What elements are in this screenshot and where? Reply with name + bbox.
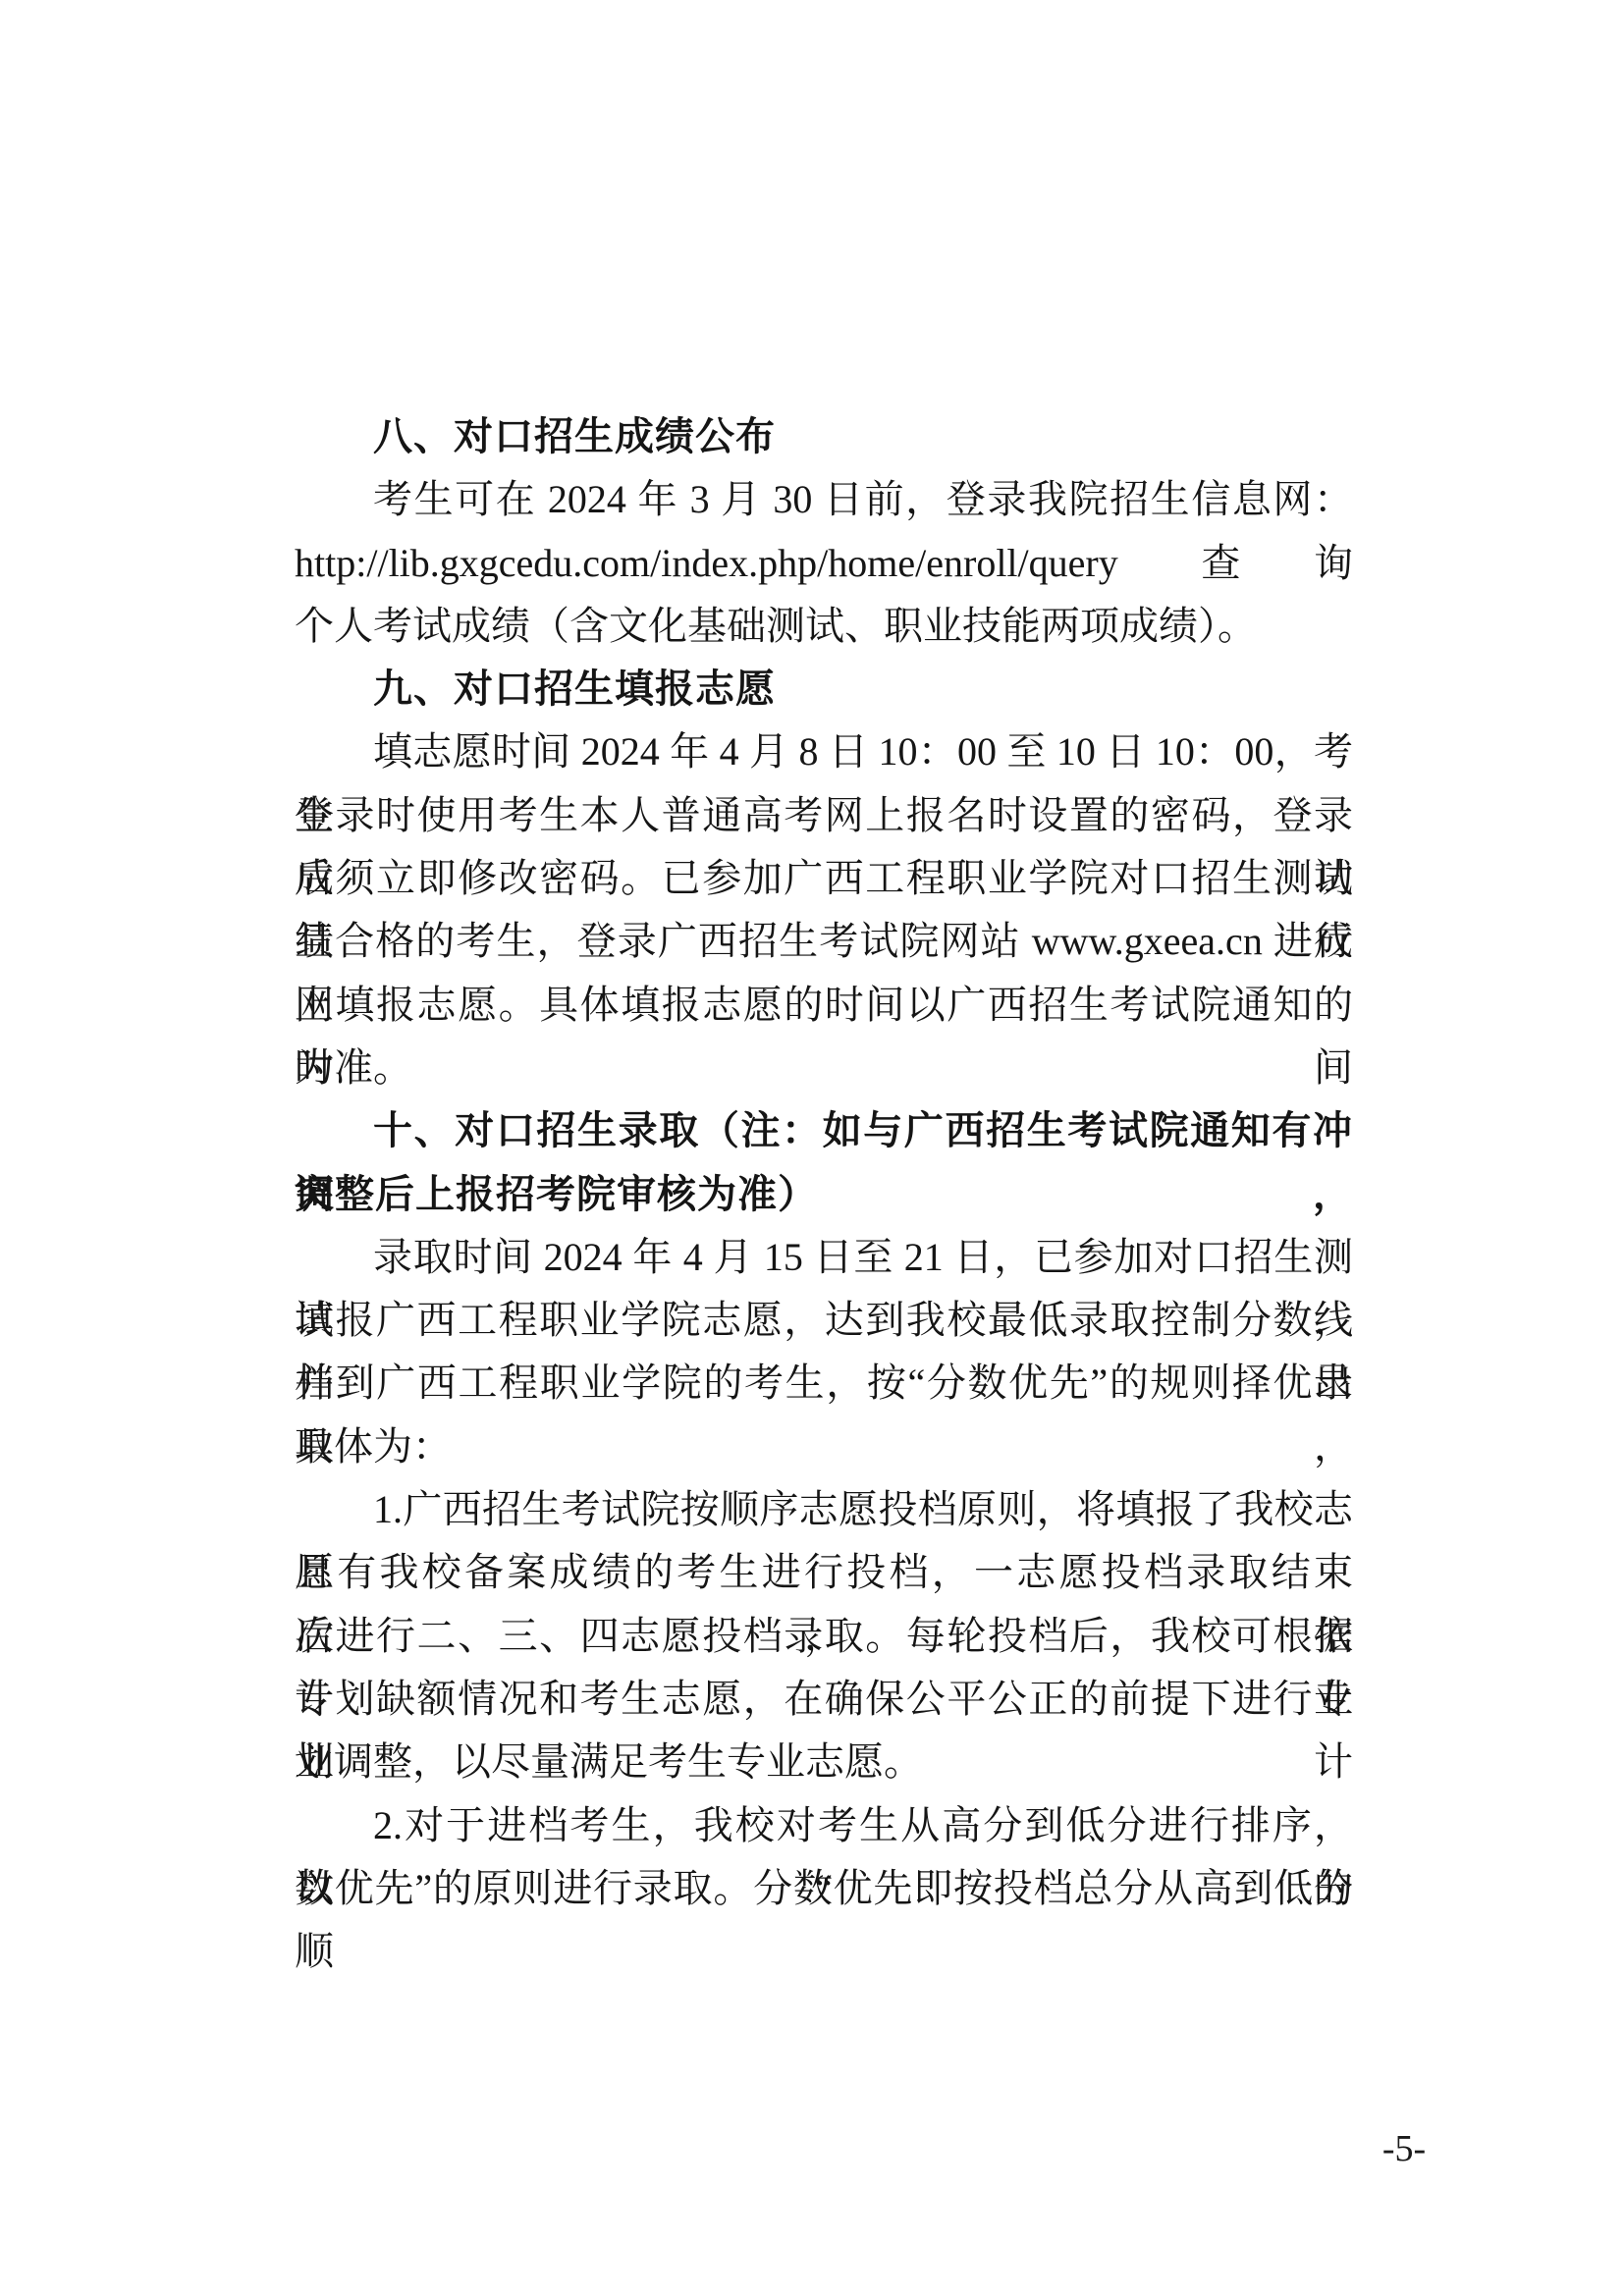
text-line: 计划缺额情况和考生志愿，在确保公平公正的前提下进行专业计 (295, 1668, 1353, 1731)
text-line: 1.广西招生考试院按顺序志愿投档原则，将填报了我校志愿 (295, 1478, 1353, 1541)
text-line: 数优先”的原则进行录取。分数优先即按投档总分从高到低的顺 (295, 1857, 1353, 1920)
text-line: 填志愿时间 2024 年 4 月 8 日 10：00 至 10 日 10：00，… (295, 721, 1353, 783)
heading-line: 十、对口招生录取（注：如与广西招生考试院通知有冲突， (295, 1099, 1353, 1162)
paragraph: 1.广西招生考试院按顺序志愿投档原则，将填报了我校志愿且有我校备案成绩的考生进行… (295, 1478, 1353, 1793)
paragraph: 2.对于进档考生，我校对考生从高分到低分进行排序，以“分数优先”的原则进行录取。… (295, 1794, 1353, 1921)
section-heading: 九、对口招生填报志愿 (295, 658, 1353, 721)
text-line: 后须立即修改密码。已参加广西工程职业学院对口招生测试且成 (295, 847, 1353, 910)
document-page: 八、对口招生成绩公布考生可在 2024 年 3 月 30 日前，登录我院招生信息… (0, 0, 1624, 2296)
heading-line: 九、对口招生填报志愿 (295, 658, 1353, 721)
text-line: 2.对于进档考生，我校对考生从高分到低分进行排序，以“分 (295, 1794, 1353, 1857)
text-line: 个人考试成绩（含文化基础测试、职业技能两项成绩）。 (295, 595, 1353, 658)
section-heading: 十、对口招生录取（注：如与广西招生考试院通知有冲突，调整后上报招考院审核为准） (295, 1099, 1353, 1226)
paragraph: 填志愿时间 2024 年 4 月 8 日 10：00 至 10 日 10：00，… (295, 721, 1353, 1099)
page-number: -5- (1353, 2127, 1455, 2170)
section-heading: 八、对口招生成绩公布 (295, 405, 1353, 468)
text-line: 上填报志愿。具体填报志愿的时间以广西招生考试院通知的时间 (295, 974, 1353, 1037)
text-line: 填报广西工程职业学院志愿，达到我校最低录取控制分数线并出 (295, 1289, 1353, 1352)
text-line: 绩合格的考生，登录广西招生考试院网站 www.gxeea.cn 进行网 (295, 910, 1353, 973)
text-line: 次进行二、三、四志愿投档录取。每轮投档后，我校可根据专业 (295, 1605, 1353, 1668)
text-line: 档到广西工程职业学院的考生，按“分数优先”的规则择优录取， (295, 1352, 1353, 1415)
heading-line: 八、对口招生成绩公布 (295, 405, 1353, 468)
document-body: 八、对口招生成绩公布考生可在 2024 年 3 月 30 日前，登录我院招生信息… (295, 405, 1353, 1920)
text-line: http://lib.gxgcedu.com/index.php/home/en… (295, 532, 1353, 595)
paragraph: 录取时间 2024 年 4 月 15 日至 21 日，已参加对口招生测试，填报广… (295, 1226, 1353, 1478)
text-line: 录取时间 2024 年 4 月 15 日至 21 日，已参加对口招生测试， (295, 1226, 1353, 1289)
paragraph: 考生可在 2024 年 3 月 30 日前，登录我院招生信息网：http://l… (295, 468, 1353, 658)
text-line: 考生可在 2024 年 3 月 30 日前，登录我院招生信息网： (295, 468, 1353, 531)
text-line: 登录时使用考生本人普通高考网上报名时设置的密码，登录成功 (295, 784, 1353, 847)
text-line: 且有我校备案成绩的考生进行投档，一志愿投档录取结束后，依 (295, 1541, 1353, 1604)
